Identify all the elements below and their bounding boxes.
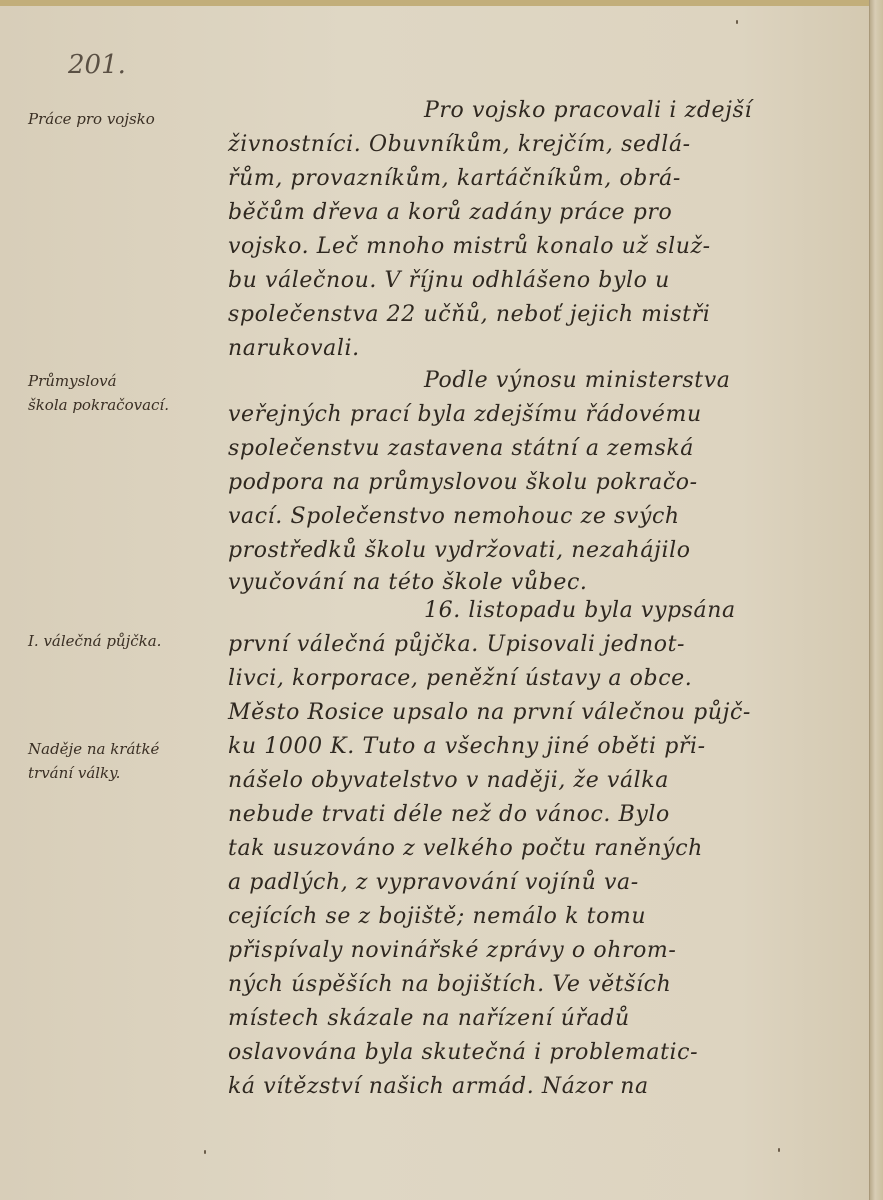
margin-note-work-for-army: Práce pro vojsko <box>28 108 218 130</box>
ink-speck <box>204 1150 206 1154</box>
body-line: běčům dřeva a korů zadány práce pro <box>228 198 868 228</box>
body-line: ká vítězství našich armád. Názor na <box>228 1072 868 1102</box>
body-line: 16. listopadu byla vypsána <box>228 596 883 626</box>
margin-note-hope-short-war-1: Naděje na krátké <box>28 738 218 760</box>
margin-note-industrial-school-2: škola pokračovací. <box>28 394 218 416</box>
body-line: Pro vojsko pracovali i zdejší <box>228 96 883 126</box>
body-line: Podle výnosu ministerstva <box>228 366 883 396</box>
body-line: živnostníci. Obuvníkům, krejčím, sedlá- <box>228 130 868 160</box>
body-line: společenstvu zastavena státní a zemská <box>228 434 868 464</box>
body-line: veřejných prací byla zdejšímu řádovému <box>228 400 868 430</box>
body-line: tak usuzováno z velkého počtu raněných <box>228 834 868 864</box>
body-line: ku 1000 K. Tuto a všechny jiné oběti při… <box>228 732 868 762</box>
body-line: vací. Společenstvo nemohouc ze svých <box>228 502 868 532</box>
page-number: 201. <box>68 50 126 80</box>
margin-note-hope-short-war-2: trvání války. <box>28 762 218 784</box>
ink-speck <box>736 20 738 24</box>
body-line: a padlých, z vypravování vojínů va- <box>228 868 868 898</box>
body-line: vyučování na této škole vůbec. <box>228 568 868 598</box>
page-top-edge <box>0 0 883 6</box>
body-line: první válečná půjčka. Upisovali jednot- <box>228 630 868 660</box>
body-line: oslavována byla skutečná i problematic- <box>228 1038 868 1068</box>
ink-speck <box>778 1148 780 1152</box>
body-line: přispívaly novinářské zprávy o ohrom- <box>228 936 868 966</box>
body-line: Město Rosice upsalo na první válečnou pů… <box>228 698 868 728</box>
body-line: řům, provazníkům, kartáčníkům, obrá- <box>228 164 868 194</box>
body-line: narukovali. <box>228 334 868 364</box>
margin-note-industrial-school-1: Průmyslová <box>28 370 218 392</box>
body-line: livci, korporace, peněžní ústavy a obce. <box>228 664 868 694</box>
body-line: společenstva 22 učňů, neboť jejich mistř… <box>228 300 868 330</box>
body-line: prostředků školu vydržovati, nezahájilo <box>228 536 868 566</box>
body-line: vojsko. Leč mnoho mistrů konalo už služ- <box>228 232 868 262</box>
margin-note-war-loan: I. válečná půjčka. <box>28 630 218 652</box>
body-line: nebude trvati déle než do vánoc. Bylo <box>228 800 868 830</box>
body-line: cejících se z bojiště; nemálo k tomu <box>228 902 868 932</box>
body-line: podpora na průmyslovou školu pokračo- <box>228 468 868 498</box>
body-line: místech skázale na nařízení úřadů <box>228 1004 868 1034</box>
body-line: ných úspěších na bojištích. Ve větších <box>228 970 868 1000</box>
body-line: bu válečnou. V říjnu odhlášeno bylo u <box>228 266 868 296</box>
body-line: nášelo obyvatelstvo v naději, že válka <box>228 766 868 796</box>
